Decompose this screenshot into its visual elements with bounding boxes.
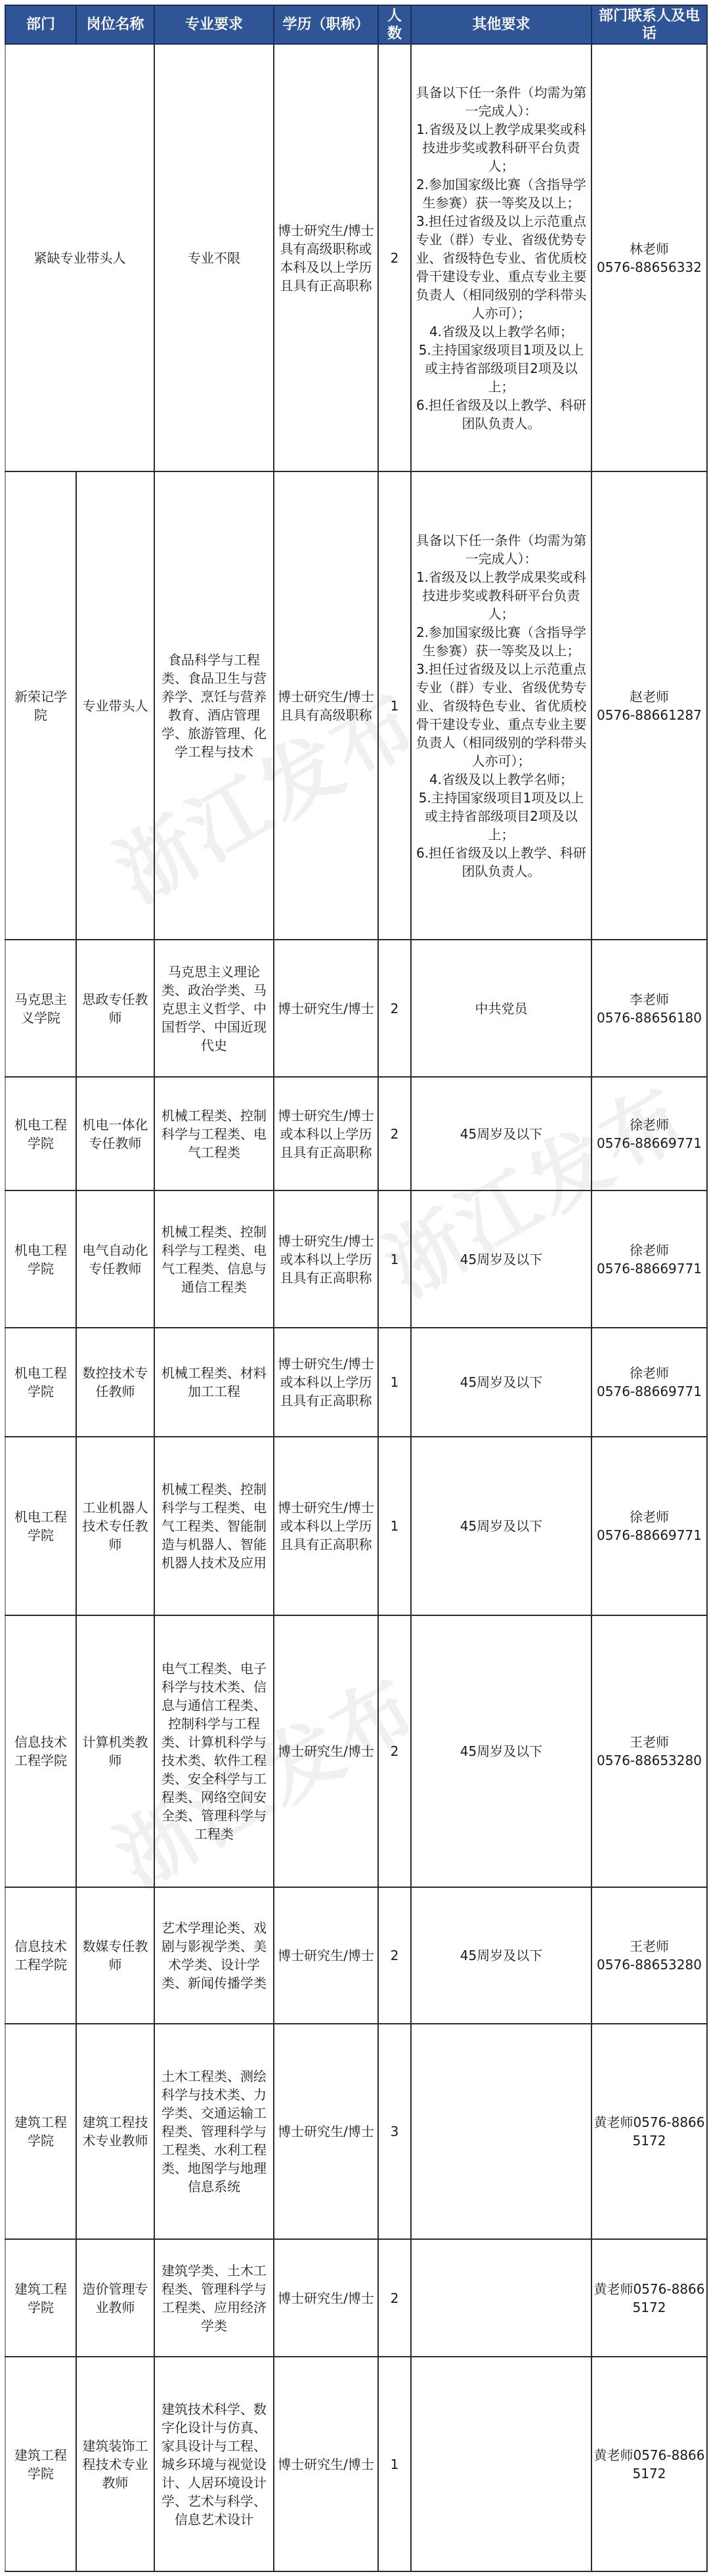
- cell-education: 博士研究生/博士: [274, 2024, 378, 2239]
- cell-other-requirements: 具备以下任一条件（均需为第一完成人）： 1.省级及以上教学成果奖或科技进步奖或教…: [411, 44, 591, 471]
- cell-count: 1: [378, 1328, 411, 1437]
- cell-position: 计算机类教师: [76, 1615, 154, 1887]
- header-contact: 部门联系人及电话: [591, 5, 707, 44]
- cell-major: 艺术学理论类、戏剧与影视学类、美术学类、设计学类、新闻传播学类: [154, 1887, 274, 2024]
- cell-other-requirements: 45周岁及以下: [411, 1615, 591, 1887]
- header-other: 其他要求: [411, 5, 591, 44]
- cell-other-requirements: 45周岁及以下: [411, 1437, 591, 1615]
- recruitment-table-container: 部门 岗位名称 专业要求 学历（职称） 人数 其他要求 部门联系人及电话 紧缺专…: [5, 5, 706, 2572]
- cell-education: 博士研究生/博士: [274, 2239, 378, 2357]
- cell-major: 机械工程类、控制科学与工程类、电气工程类、智能制造与机器人、智能机器人技术及应用: [154, 1437, 274, 1615]
- header-major: 专业要求: [154, 5, 274, 44]
- cell-department: 建筑工程学院: [5, 2357, 76, 2571]
- cell-position: 数控技术专任教师: [76, 1328, 154, 1437]
- cell-major: 土木工程类、测绘科学与技术类、力学类、交通运输工程类、管理科学与工程类、水利工程…: [154, 2024, 274, 2239]
- cell-count: 2: [378, 940, 411, 1077]
- cell-position: 建筑工程技术专业教师: [76, 2024, 154, 2239]
- cell-count: 1: [378, 471, 411, 940]
- table-row: 紧缺专业带头人 专业不限 博士研究生/博士具有高级职称或本科及以上学历且具有正高…: [5, 44, 707, 471]
- cell-contact: 黄老师0576-88665172: [591, 2357, 707, 2571]
- cell-count: 2: [378, 1077, 411, 1190]
- cell-major: 电气工程类、电子科学与技术类、信息与通信工程类、控制科学与工程类、计算机科学与技…: [154, 1615, 274, 1887]
- cell-other-requirements: 45周岁及以下: [411, 1190, 591, 1328]
- cell-other-requirements: 45周岁及以下: [411, 1077, 591, 1190]
- cell-department: 信息技术工程学院: [5, 1615, 76, 1887]
- cell-department: 马克思主义学院: [5, 940, 76, 1077]
- cell-count: 2: [378, 2239, 411, 2357]
- header-position: 岗位名称: [76, 5, 154, 44]
- cell-count: 2: [378, 1887, 411, 2024]
- table-row: 建筑工程学院 建筑装饰工程技术专业教师 建筑技术科学、数字化设计与仿真、家具设计…: [5, 2357, 707, 2571]
- cell-other-requirements: 45周岁及以下: [411, 1328, 591, 1437]
- cell-contact: 徐老师 0576-88669771: [591, 1077, 707, 1190]
- cell-department: 机电工程学院: [5, 1437, 76, 1615]
- cell-education: 博士研究生/博士且具有高级职称: [274, 471, 378, 940]
- cell-major: 机械工程类、材料加工工程: [154, 1328, 274, 1437]
- cell-contact: 王老师 0576-88653280: [591, 1615, 707, 1887]
- cell-contact: 赵老师 0576-88661287: [591, 471, 707, 940]
- cell-contact: 徐老师 0576-88669771: [591, 1437, 707, 1615]
- cell-position: 工业机器人技术专任教师: [76, 1437, 154, 1615]
- cell-education: 博士研究生/博士: [274, 1887, 378, 2024]
- cell-education: 博士研究生/博士: [274, 1615, 378, 1887]
- table-row: 马克思主义学院 思政专任教师 马克思主义理论类、政治学类、马克思主义哲学、中国哲…: [5, 940, 707, 1077]
- cell-department: 机电工程学院: [5, 1328, 76, 1437]
- table-row: 建筑工程学院 造价管理专业教师 建筑学类、土木工程类、管理科学与工程类、应用经济…: [5, 2239, 707, 2357]
- header-count: 人数: [378, 5, 411, 44]
- cell-contact: 李老师 0576-88656180: [591, 940, 707, 1077]
- table-row: 机电工程学院 机电一体化专任教师 机械工程类、控制科学与工程类、电气工程类 博士…: [5, 1077, 707, 1190]
- recruitment-table: 部门 岗位名称 专业要求 学历（职称） 人数 其他要求 部门联系人及电话 紧缺专…: [5, 5, 708, 2572]
- cell-department: 信息技术工程学院: [5, 1887, 76, 2024]
- cell-department: 建筑工程学院: [5, 2239, 76, 2357]
- cell-major: 机械工程类、控制科学与工程类、电气工程类、信息与通信工程类: [154, 1190, 274, 1328]
- table-row: 建筑工程学院 建筑工程技术专业教师 土木工程类、测绘科学与技术类、力学类、交通运…: [5, 2024, 707, 2239]
- table-header: 部门 岗位名称 专业要求 学历（职称） 人数 其他要求 部门联系人及电话: [5, 5, 707, 44]
- cell-major: 食品科学与工程类、食品卫生与营养学、烹饪与营养教育、酒店管理学、旅游管理、化学工…: [154, 471, 274, 940]
- cell-department: 新荣记学院: [5, 471, 76, 940]
- cell-education: 博士研究生/博士或本科以上学历且具有正高职称: [274, 1077, 378, 1190]
- cell-major: 建筑学类、土木工程类、管理科学与工程类、应用经济学类: [154, 2239, 274, 2357]
- header-row: 部门 岗位名称 专业要求 学历（职称） 人数 其他要求 部门联系人及电话: [5, 5, 707, 44]
- cell-department: 机电工程学院: [5, 1190, 76, 1328]
- table-row: 信息技术工程学院 数媒专任教师 艺术学理论类、戏剧与影视学类、美术学类、设计学类…: [5, 1887, 707, 2024]
- cell-contact: 林老师 0576-88656332: [591, 44, 707, 471]
- cell-education: 博士研究生/博士具有高级职称或本科及以上学历且具有正高职称: [274, 44, 378, 471]
- cell-major: 建筑技术科学、数字化设计与仿真、家具设计与工程、城乡环境与视觉设计、人居环境设计…: [154, 2357, 274, 2571]
- header-department: 部门: [5, 5, 76, 44]
- cell-position: 机电一体化专任教师: [76, 1077, 154, 1190]
- cell-department: 建筑工程学院: [5, 2024, 76, 2239]
- cell-education: 博士研究生/博士或本科以上学历且具有正高职称: [274, 1328, 378, 1437]
- cell-position: 电气自动化专任教师: [76, 1190, 154, 1328]
- cell-other-requirements: [411, 2239, 591, 2357]
- cell-major: 专业不限: [154, 44, 274, 471]
- table-row: 信息技术工程学院 计算机类教师 电气工程类、电子科学与技术类、信息与通信工程类、…: [5, 1615, 707, 1887]
- cell-education: 博士研究生/博士: [274, 2357, 378, 2571]
- table-row: 机电工程学院 数控技术专任教师 机械工程类、材料加工工程 博士研究生/博士或本科…: [5, 1328, 707, 1437]
- cell-other-requirements: 中共党员: [411, 940, 591, 1077]
- cell-position: 专业带头人: [76, 471, 154, 940]
- cell-other-requirements: [411, 2024, 591, 2239]
- cell-major: 机械工程类、控制科学与工程类、电气工程类: [154, 1077, 274, 1190]
- cell-position: 思政专任教师: [76, 940, 154, 1077]
- table-row: 机电工程学院 电气自动化专任教师 机械工程类、控制科学与工程类、电气工程类、信息…: [5, 1190, 707, 1328]
- cell-count: 1: [378, 2357, 411, 2571]
- cell-education: 博士研究生/博士或本科以上学历且具有正高职称: [274, 1190, 378, 1328]
- table-row: 新荣记学院 专业带头人 食品科学与工程类、食品卫生与营养学、烹饪与营养教育、酒店…: [5, 471, 707, 940]
- cell-position: 紧缺专业带头人: [5, 44, 154, 471]
- cell-count: 2: [378, 44, 411, 471]
- cell-contact: 王老师 0576-88653280: [591, 1887, 707, 2024]
- cell-count: 1: [378, 1190, 411, 1328]
- cell-other-requirements: [411, 2357, 591, 2571]
- cell-other-requirements: 45周岁及以下: [411, 1887, 591, 2024]
- cell-other-requirements: 具备以下任一条件（均需为第一完成人）： 1.省级及以上教学成果奖或科技进步奖或教…: [411, 471, 591, 940]
- cell-position: 造价管理专业教师: [76, 2239, 154, 2357]
- cell-count: 3: [378, 2024, 411, 2239]
- cell-count: 2: [378, 1615, 411, 1887]
- cell-department: 机电工程学院: [5, 1077, 76, 1190]
- cell-contact: 黄老师0576-88665172: [591, 2024, 707, 2239]
- cell-education: 博士研究生/博士: [274, 940, 378, 1077]
- cell-position: 建筑装饰工程技术专业教师: [76, 2357, 154, 2571]
- cell-major: 马克思主义理论类、政治学类、马克思主义哲学、中国哲学、中国近现代史: [154, 940, 274, 1077]
- cell-education: 博士研究生/博士或本科以上学历且具有正高职称: [274, 1437, 378, 1615]
- cell-contact: 徐老师 0576-88669771: [591, 1190, 707, 1328]
- cell-contact: 徐老师 0576-88669771: [591, 1328, 707, 1437]
- cell-contact: 黄老师0576-88665172: [591, 2239, 707, 2357]
- table-row: 机电工程学院 工业机器人技术专任教师 机械工程类、控制科学与工程类、电气工程类、…: [5, 1437, 707, 1615]
- header-education: 学历（职称）: [274, 5, 378, 44]
- cell-count: 1: [378, 1437, 411, 1615]
- table-body: 紧缺专业带头人 专业不限 博士研究生/博士具有高级职称或本科及以上学历且具有正高…: [5, 44, 707, 2571]
- cell-position: 数媒专任教师: [76, 1887, 154, 2024]
